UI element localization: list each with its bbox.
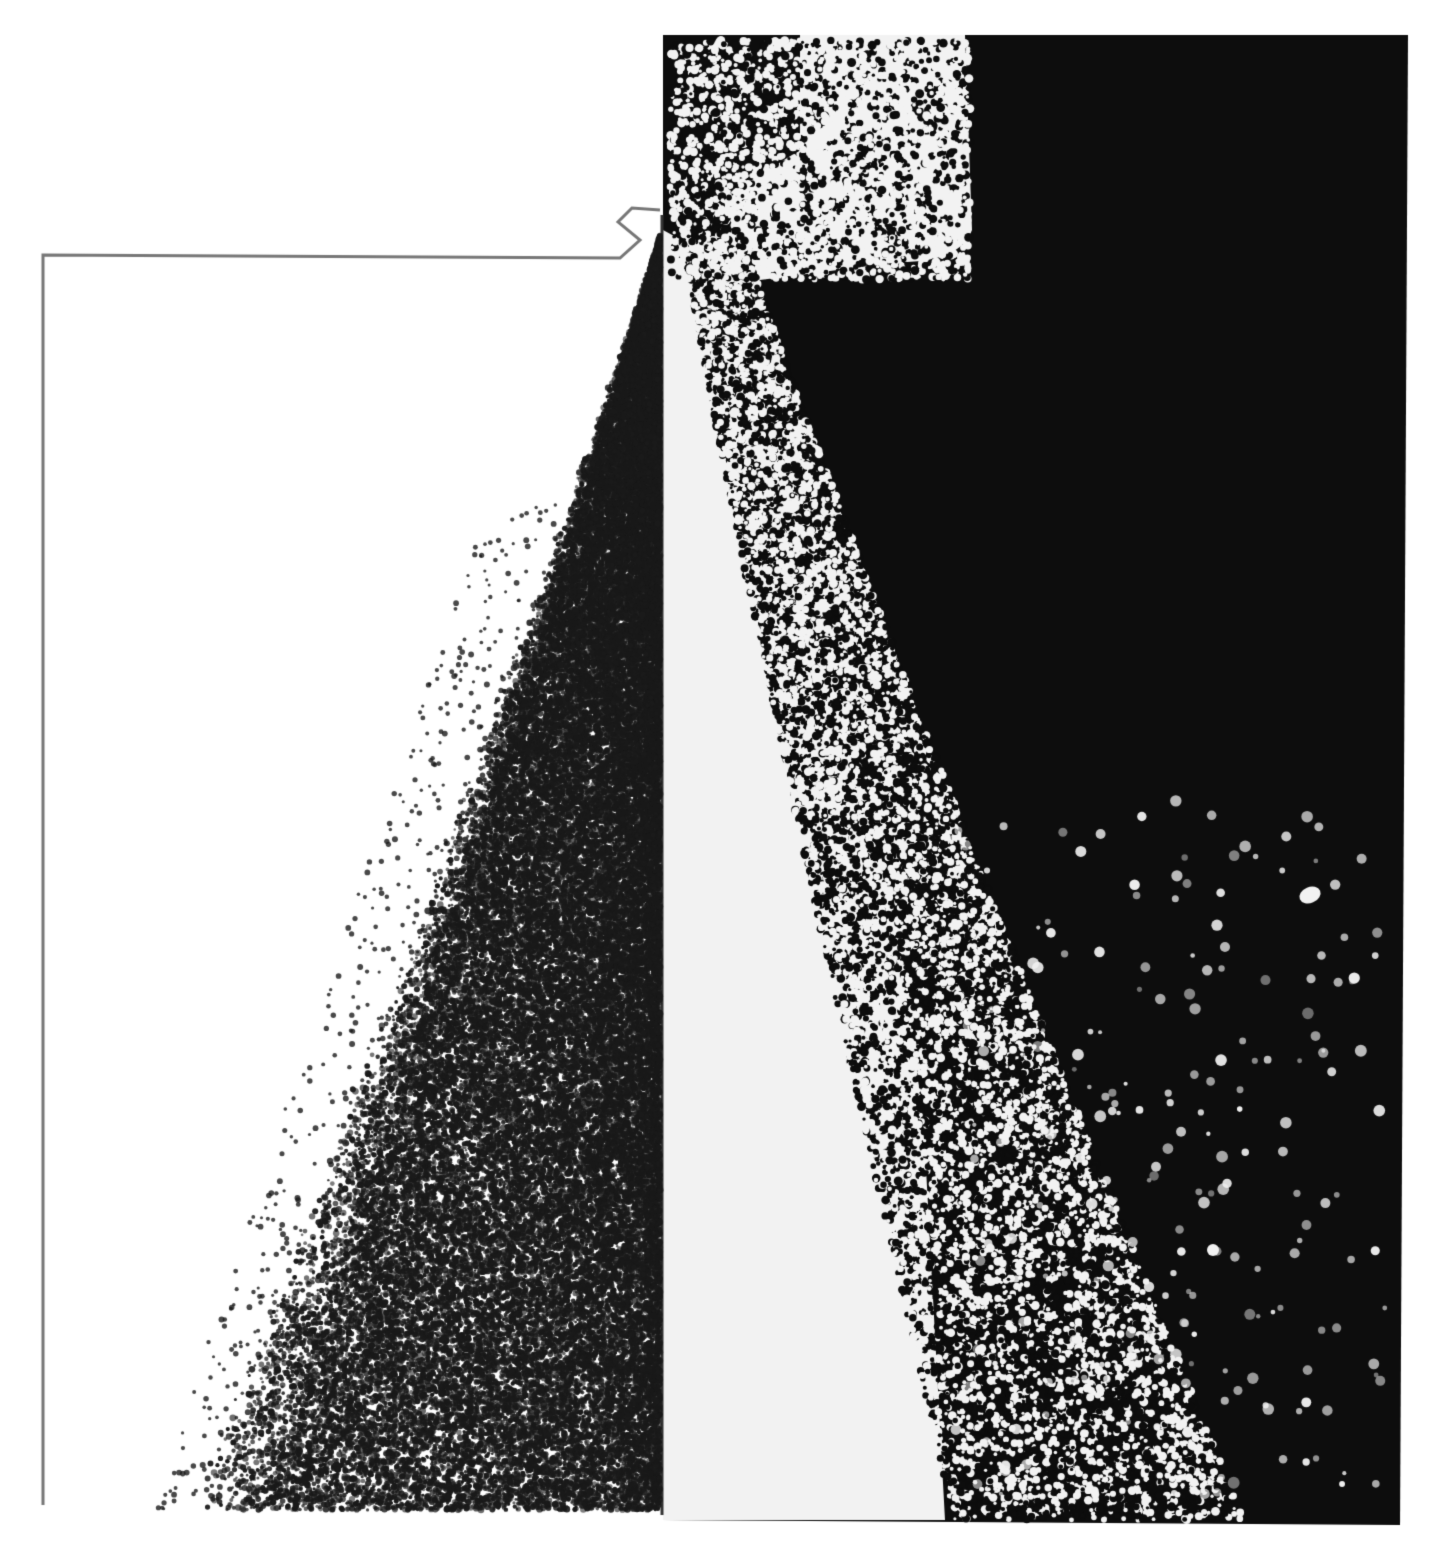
spray-comparison-figure (0, 0, 1438, 1560)
spray-image-canvas (0, 0, 1438, 1560)
